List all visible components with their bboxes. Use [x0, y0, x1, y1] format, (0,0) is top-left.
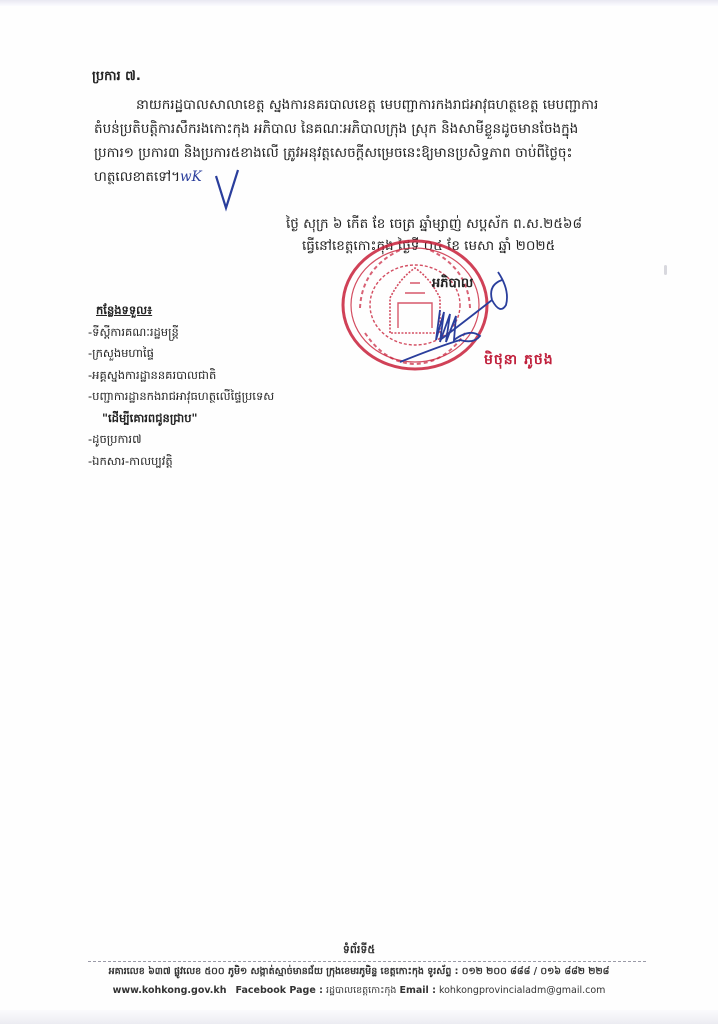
footer-website[interactable]: www.kohkong.gov.kh — [113, 985, 227, 996]
recipient-item: -បញ្ជាការដ្ឋានកងរាជអាវុធហត្ថលើផ្ទៃប្រទេស — [88, 386, 274, 408]
footer-email-value[interactable]: kohkongprovincialadm@gmail.com — [439, 985, 605, 996]
recipient-item: -ឯកសារ-កាលប្បវត្តិ — [88, 451, 274, 473]
article-title: ប្រការ ៧. — [92, 68, 141, 87]
recipients-heading: កន្លែងទទួល៖ — [88, 300, 274, 322]
footer-contact: www.kohkong.gov.kh Facebook Page : រដ្ឋប… — [0, 984, 718, 998]
recipient-item: -អគ្គស្នងការដ្ឋាននគរបាលជាតិ — [88, 365, 274, 387]
body-paragraph: នាយករដ្ឋបាលសាលាខេត្ត ស្នងការនគរបាលខេត្ត … — [94, 93, 672, 189]
body-line-last: ហត្ថលេខាតទៅ។wK — [94, 165, 672, 189]
body-line: តំបន់ប្រតិបត្តិការសឹករងកោះកុង អភិបាល នៃគ… — [94, 117, 672, 141]
body-line: នាយករដ្ឋបាលសាលាខេត្ត ស្នងការនគរបាលខេត្ត … — [94, 93, 672, 117]
footer-address: អគារលេខ ៦៣៧ ផ្លូវលេខ ៥០០ ភូមិ១ សង្កាត់ស្… — [0, 965, 718, 979]
footer-email-label: Email : — [399, 985, 435, 996]
recipients-note: "ដើម្បីគោរពជូនជ្រាប" — [88, 408, 274, 430]
body-line: ប្រការ១ ប្រការ៣ និងប្រការ៥ខាងលើ ត្រូវអនុ… — [94, 141, 672, 165]
scan-bottom-edge — [0, 1010, 718, 1024]
footer-facebook-label: Facebook Page : — [236, 985, 323, 996]
handwritten-initials: wK — [180, 169, 202, 185]
signatory-name: មិថុនា ភូថង — [484, 350, 554, 371]
scan-smudge — [664, 265, 667, 275]
recipient-item: -ក្រសួងមហាផ្ទៃ — [88, 343, 274, 365]
date-lunar: ថ្ងៃ សុក្រ ៦ កើត ខែ ចេត្រ ឆ្នាំម្សាញ់ សប… — [286, 213, 676, 235]
recipients-list: កន្លែងទទួល៖ -ទីស្តីការគណៈរដ្ឋមន្ត្រី -ក្… — [88, 300, 274, 472]
page-number: ទំព័រទី៥ — [0, 943, 718, 959]
recipient-item: -ទីស្តីការគណៈរដ្ឋមន្ត្រី — [88, 322, 274, 344]
scan-top-edge — [0, 0, 718, 6]
recipient-item: -ដូចប្រការ៧ — [88, 429, 274, 451]
body-line-text: ហត្ថលេខាតទៅ។ — [94, 169, 180, 185]
footer-divider — [88, 961, 646, 962]
footer-facebook-value: រដ្ឋបាលខេត្តកោះកុង — [326, 985, 397, 996]
initials-checkmark-icon — [212, 168, 242, 212]
